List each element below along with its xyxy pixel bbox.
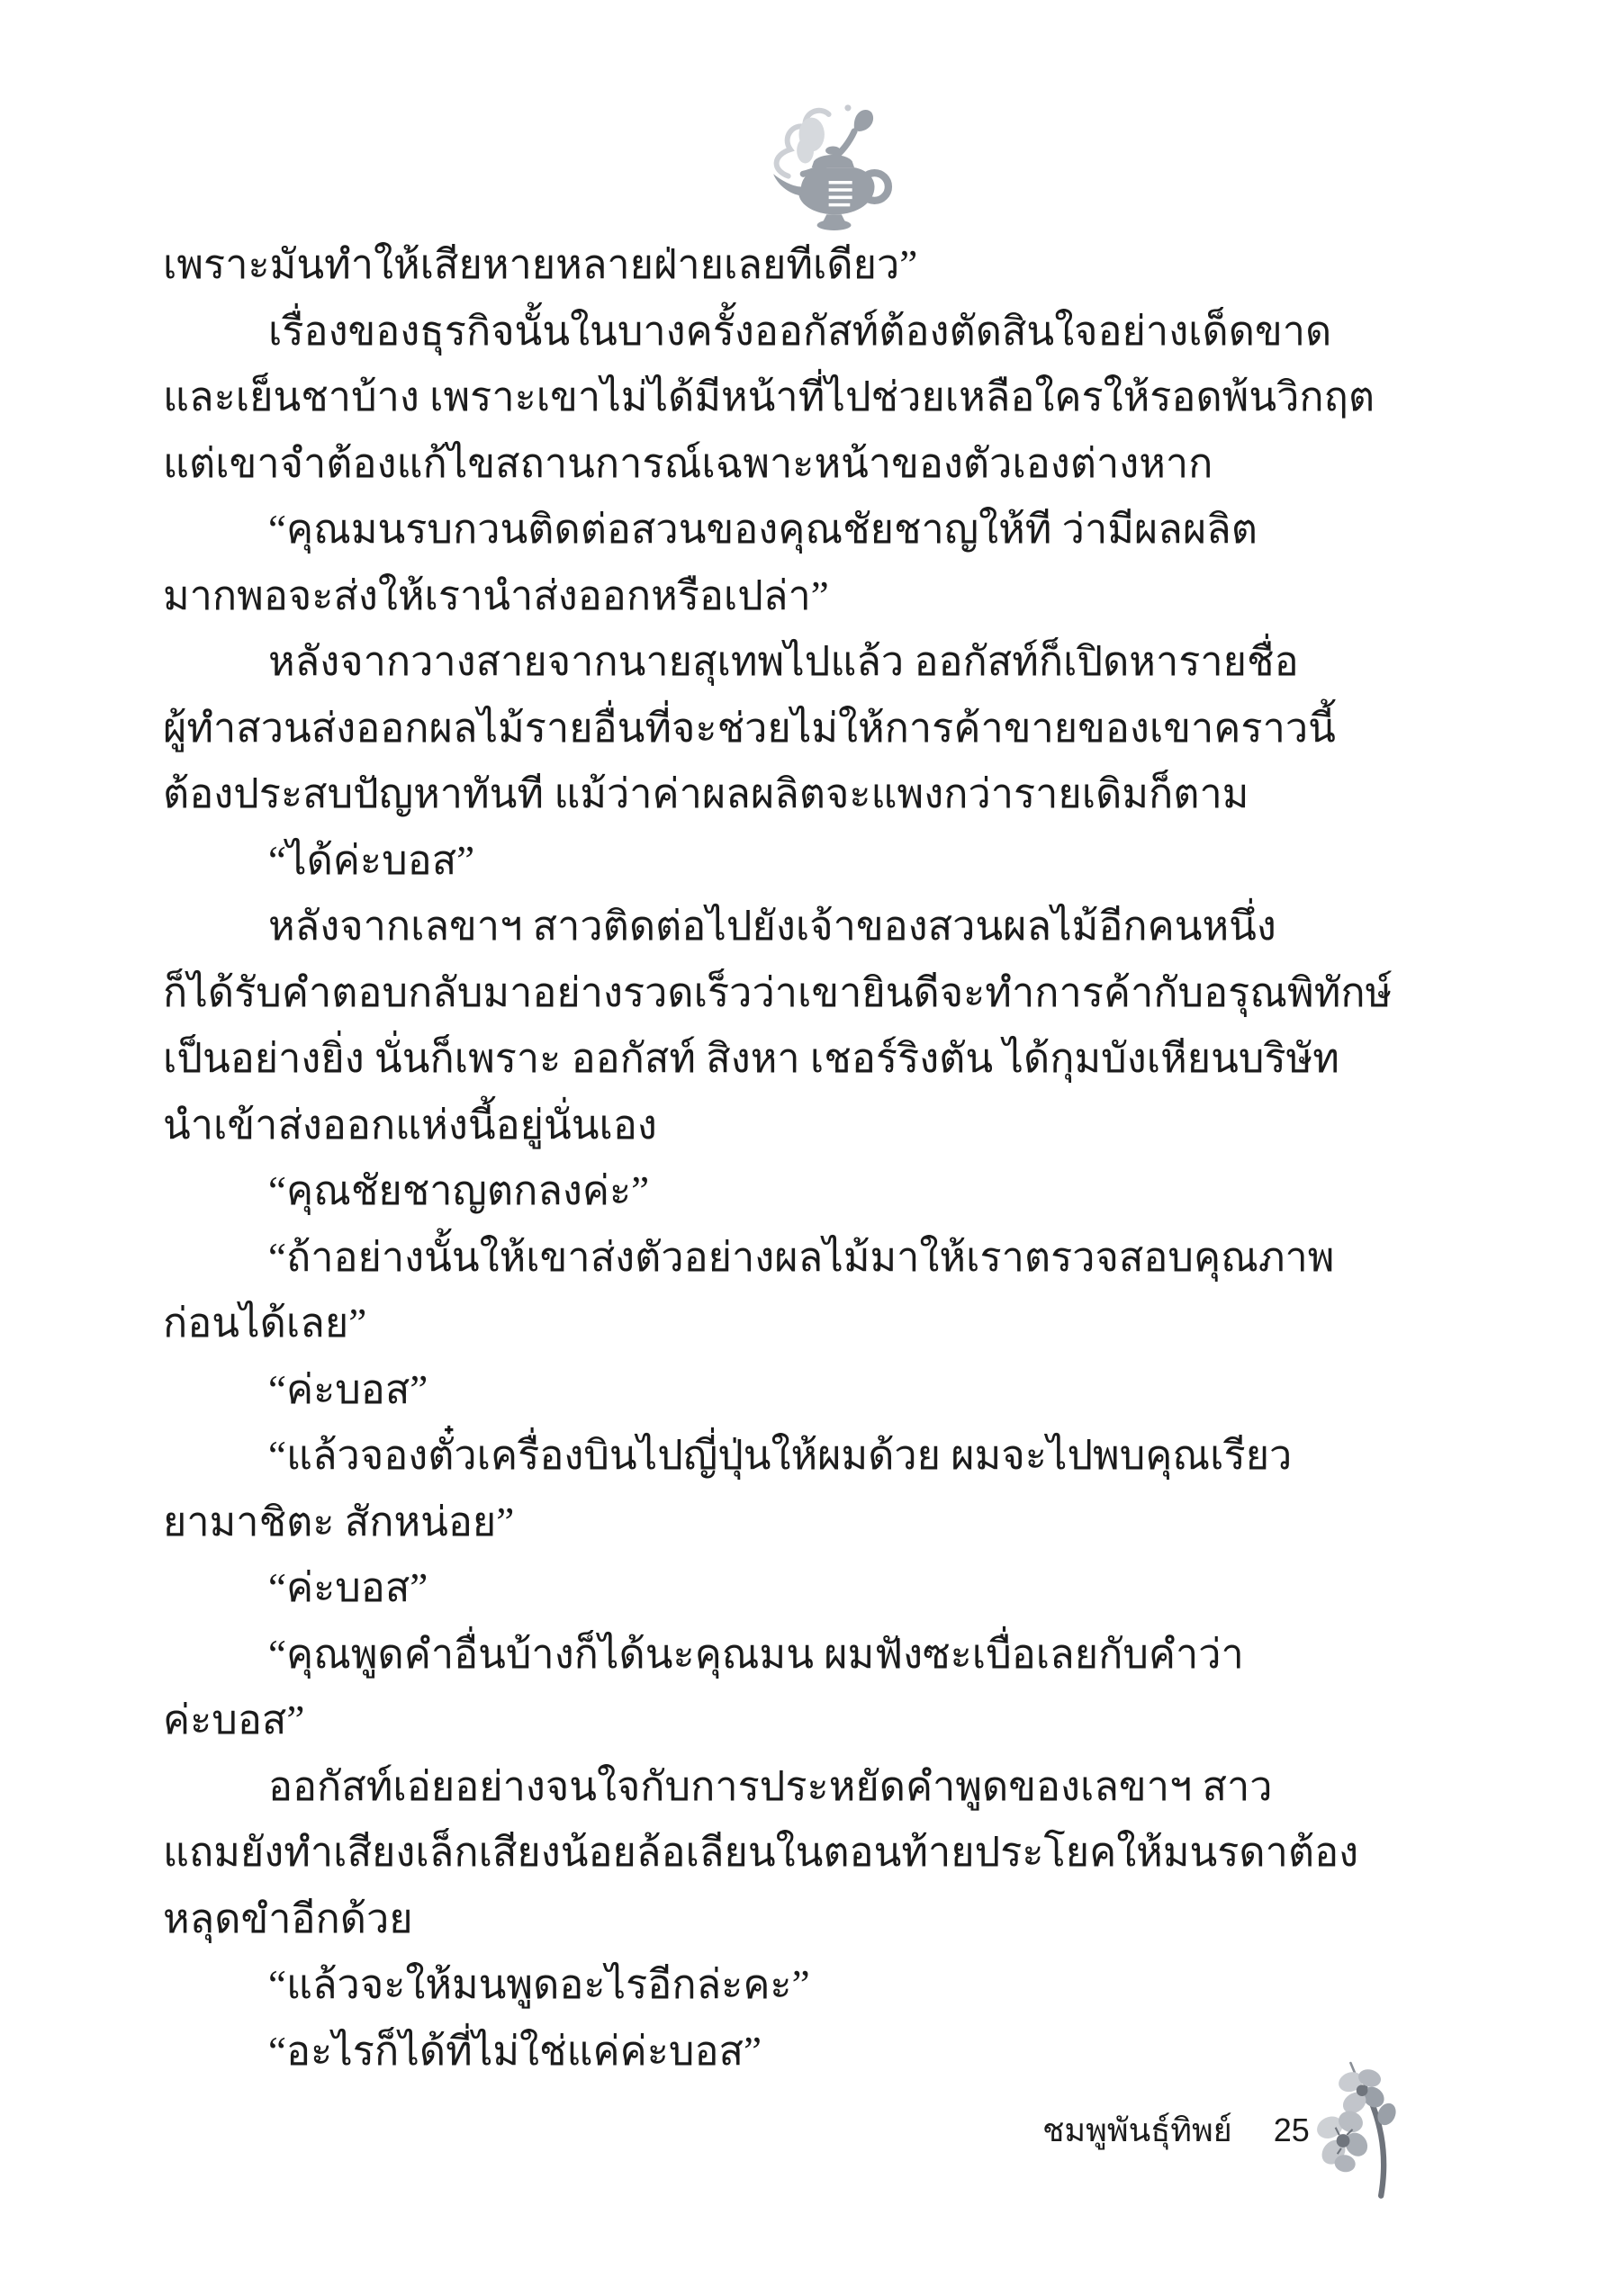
text-line: “คุณมนรบกวนติดต่อสวนของคุณชัยชาญให้ที ว่… xyxy=(163,497,1461,563)
cherry-blossom-ornament-icon xyxy=(1307,2061,1413,2203)
text-line: แถมยังทำเสียงเล็กเสียงน้อยล้อเลียนในตอนท… xyxy=(163,1820,1461,1886)
book-title: ชมพูพันธุ์ทิพย์ xyxy=(1042,2104,1232,2156)
page-number: 25 xyxy=(1274,2111,1310,2149)
text-line: “ค่ะบอส” xyxy=(163,1357,1461,1424)
page-footer: ชมพูพันธุ์ทิพย์ 25 xyxy=(1042,2104,1310,2156)
text-line: ยามาชิตะ สักหน่อย” xyxy=(163,1490,1461,1556)
text-line: และเย็นชาบ้าง เพราะเขาไม่ได้มีหน้าที่ไปช… xyxy=(163,365,1461,431)
text-line: เพราะมันทำให้เสียหายหลายฝ่ายเลยทีเดียว” xyxy=(163,232,1461,299)
text-line: เป็นอย่างยิ่ง นั่นก็เพราะ ออกัสท์ สิงหา … xyxy=(163,1026,1461,1093)
book-page: เพราะมันทำให้เสียหายหลายฝ่ายเลยทีเดียว” … xyxy=(0,0,1605,2296)
teapot-steam-ornament-icon xyxy=(767,99,895,234)
text-line: ผู้ทำสวนส่งออกผลไม้รายอื่นที่จะช่วยไม่ให… xyxy=(163,696,1461,762)
text-line: หลังจากเลขาฯ สาวติดต่อไปยังเจ้าของสวนผลไ… xyxy=(163,894,1461,960)
text-line: “คุณชัยชาญตกลงค่ะ” xyxy=(163,1158,1461,1225)
text-line: เรื่องของธุรกิจนั้นในบางครั้งออกัสท์ต้อง… xyxy=(163,299,1461,365)
text-line: “แล้วจะให้มนพูดอะไรอีกล่ะคะ” xyxy=(163,1952,1461,2019)
text-line: “ได้ค่ะบอส” xyxy=(163,828,1461,895)
text-line: นำเข้าส่งออกแห่งนี้อยู่นั่นเอง xyxy=(163,1093,1461,1159)
text-line: “คุณพูดคำอื่นบ้างก็ได้นะคุณมน ผมฟังซะเบื… xyxy=(163,1622,1461,1688)
text-line: ต้องประสบปัญหาทันที แม้ว่าค่าผลผลิตจะแพง… xyxy=(163,761,1461,828)
text-line: “อะไรก็ได้ที่ไม่ใช่แค่ค่ะบอส” xyxy=(163,2019,1461,2085)
text-line: ก็ได้รับคำตอบกลับมาอย่างรวดเร็วว่าเขายิน… xyxy=(163,960,1461,1027)
text-line: ก่อนได้เลย” xyxy=(163,1291,1461,1357)
body-text: เพราะมันทำให้เสียหายหลายฝ่ายเลยทีเดียว” … xyxy=(163,232,1461,2084)
text-line: ออกัสท์เอ่ยอย่างจนใจกับการประหยัดคำพูดขอ… xyxy=(163,1754,1461,1821)
text-line: มากพอจะส่งให้เรานำส่งออกหรือเปล่า” xyxy=(163,563,1461,630)
text-line: “แล้วจองตั๋วเครื่องบินไปญี่ปุ่นให้ผมด้วย… xyxy=(163,1423,1461,1490)
text-line: หลุดขำอีกด้วย xyxy=(163,1886,1461,1953)
text-line: แต่เขาจำต้องแก้ไขสถานการณ์เฉพาะหน้าของตั… xyxy=(163,431,1461,498)
text-line: “ค่ะบอส” xyxy=(163,1555,1461,1622)
text-line: “ถ้าอย่างนั้นให้เขาส่งตัวอย่างผลไม้มาให้… xyxy=(163,1225,1461,1292)
text-line: ค่ะบอส” xyxy=(163,1688,1461,1754)
text-line: หลังจากวางสายจากนายสุเทพไปแล้ว ออกัสท์ก็… xyxy=(163,629,1461,696)
